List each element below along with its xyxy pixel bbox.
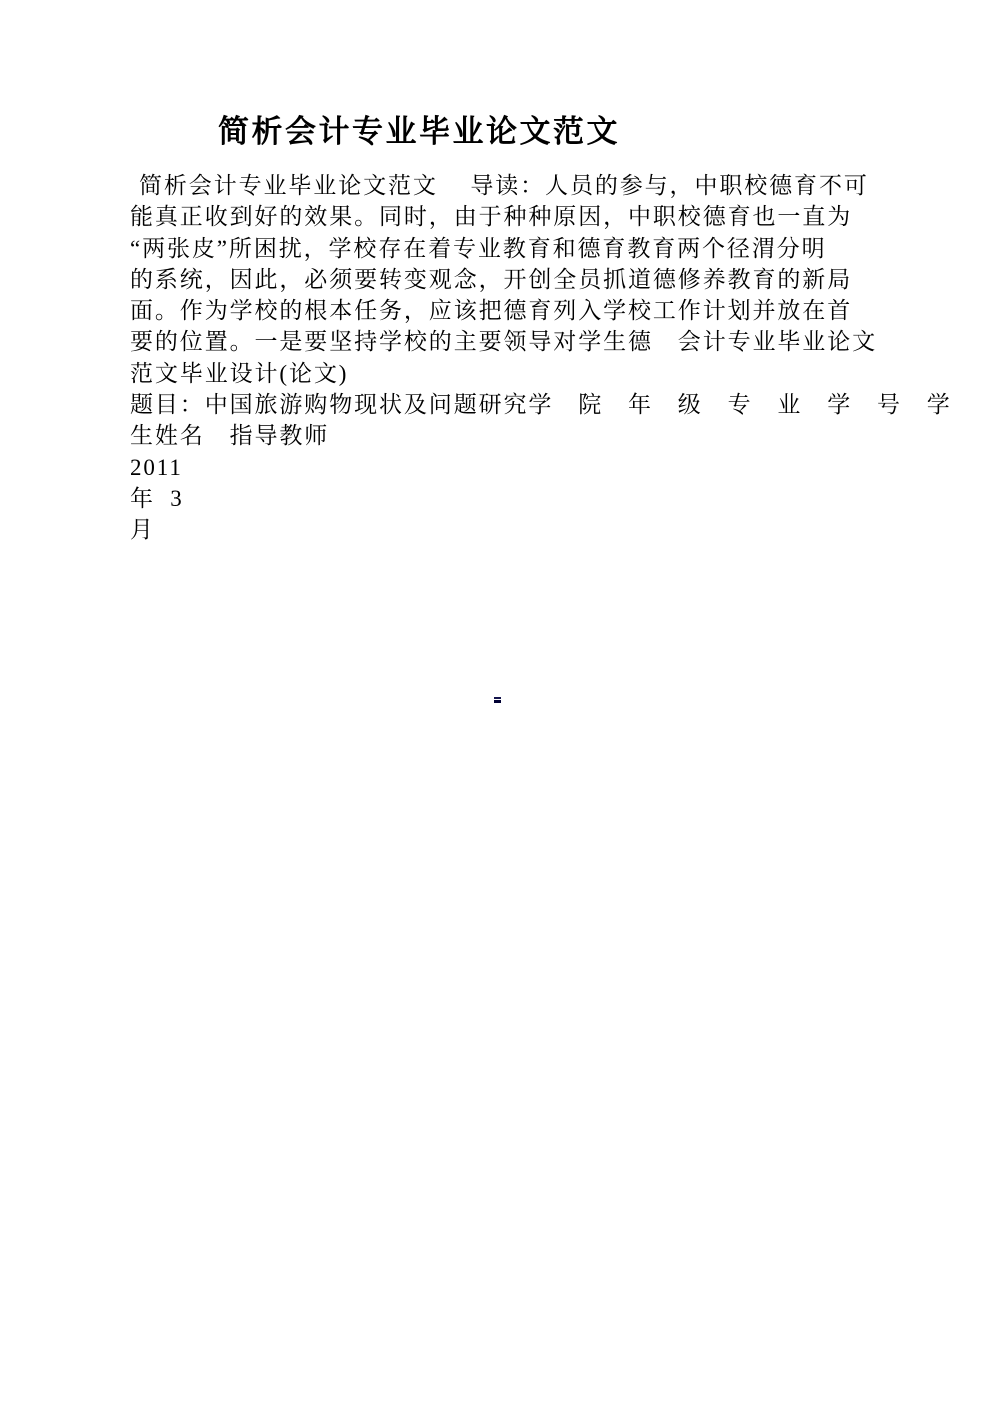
body-line: “两张皮”所困扰，学校存在着专业教育和德育教育两个径渭分明 <box>130 233 890 264</box>
body-line: 年 3 <box>130 483 890 514</box>
body-line: 能真正收到好的效果。同时，由于种种原因，中职校德育也一直为 <box>130 201 890 232</box>
document-body: 简析会计专业毕业论文范文 导读：人员的参与，中职校德育不可 能真正收到好的效果。… <box>130 170 890 546</box>
body-line: 要的位置。一是要坚持学校的主要领导对学生德 会计专业毕业论文 <box>130 326 890 357</box>
body-line: 题目：中国旅游购物现状及问题研究学 院 年 级 专 业 学 号 学 <box>130 389 890 420</box>
body-line: 的系统，因此，必须要转变观念，开创全员抓道德修养教育的新局 <box>130 264 890 295</box>
body-line: 简析会计专业毕业论文范文 导读：人员的参与，中职校德育不可 <box>130 170 890 201</box>
body-line: 生姓名 指导教师 <box>130 420 890 451</box>
body-line: 面。作为学校的根本任务，应该把德育列入学校工作计划并放在首 <box>130 295 890 326</box>
document-title: 简析会计专业毕业论文范文 <box>218 108 620 156</box>
tiny-image-marker-bottom-bar <box>494 700 501 703</box>
document-page: 简析会计专业毕业论文范文 简析会计专业毕业论文范文 导读：人员的参与，中职校德育… <box>0 0 993 1404</box>
body-line: 月 <box>130 514 890 545</box>
tiny-image-marker <box>494 697 501 703</box>
body-line: 2011 <box>130 452 890 483</box>
body-line: 范文毕业设计(论文) <box>130 358 890 389</box>
